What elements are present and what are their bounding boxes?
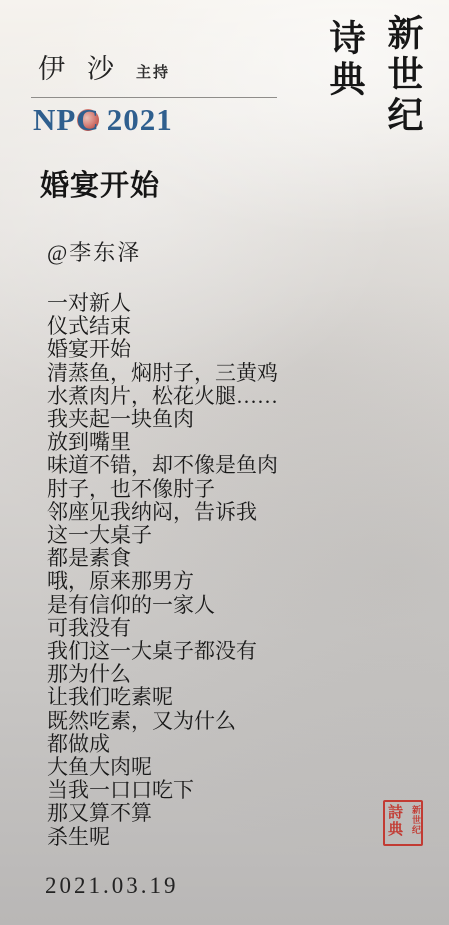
- poem-line: 仪式结束: [47, 315, 278, 338]
- poetry-card: 新世纪 诗典 伊沙 主持 NP C 2021 婚宴开始 @李东泽 一对新人 仪式…: [0, 0, 449, 925]
- header-divider: [31, 97, 277, 98]
- poem-line: 是有信仰的一家人: [47, 594, 278, 617]
- host-name: 伊沙: [38, 55, 136, 85]
- poem-line: 杀生呢: [47, 826, 278, 849]
- poem-line: 水煮肉片，松花火腿……: [47, 385, 278, 408]
- seal-text-left: 詩典: [386, 804, 401, 842]
- npc-year: 2021: [107, 102, 173, 138]
- poem-line: 既然吃素，又为什么: [47, 710, 278, 733]
- poem-line: 邻座见我纳闷，告诉我: [47, 501, 278, 524]
- poem-line: 婚宴开始: [47, 338, 278, 361]
- poem-line: 当我一口口吃下: [47, 779, 278, 802]
- poem-line: 肘子，也不像肘子: [47, 478, 278, 501]
- poem-line: 那又算不算: [47, 802, 278, 825]
- poem-author: @李东泽: [47, 236, 141, 267]
- poem-body: 一对新人 仪式结束 婚宴开始 清蒸鱼，焖肘子，三黄鸡 水煮肉片，松花火腿…… 我…: [47, 292, 278, 849]
- npc-letters-np: NP: [33, 102, 76, 138]
- brand-title-right: 新世纪: [385, 14, 421, 137]
- host-role-label: 主持: [136, 61, 170, 85]
- poem-line: 都是素食: [47, 547, 278, 570]
- npc-letter-c: C: [76, 102, 99, 138]
- seal-text-right: 新世纪: [411, 804, 420, 842]
- host-row: 伊沙 主持: [38, 55, 170, 85]
- poem-date: 2021.03.19: [45, 873, 179, 899]
- poem-line: 我夹起一块鱼肉: [47, 408, 278, 431]
- brand-title-left: 诗典: [327, 19, 363, 101]
- poem-line: 一对新人: [47, 292, 278, 315]
- poem-line: 清蒸鱼，焖肘子，三黄鸡: [47, 362, 278, 385]
- poem-title: 婚宴开始: [40, 163, 160, 204]
- poem-line: 那为什么: [47, 663, 278, 686]
- poem-line: 我们这一大桌子都没有: [47, 640, 278, 663]
- poem-line: 大鱼大肉呢: [47, 756, 278, 779]
- poem-line: 哦，原来那男方: [47, 570, 278, 593]
- poem-line: 这一大桌子: [47, 524, 278, 547]
- poem-line: 可我没有: [47, 617, 278, 640]
- poem-line: 放到嘴里: [47, 431, 278, 454]
- red-seal-stamp: 詩典 新世纪: [383, 800, 423, 846]
- npc-logo: NP C 2021: [33, 102, 173, 138]
- poem-line: 味道不错，却不像是鱼肉: [47, 454, 278, 477]
- poem-line: 让我们吃素呢: [47, 686, 278, 709]
- poem-line: 都做成: [47, 733, 278, 756]
